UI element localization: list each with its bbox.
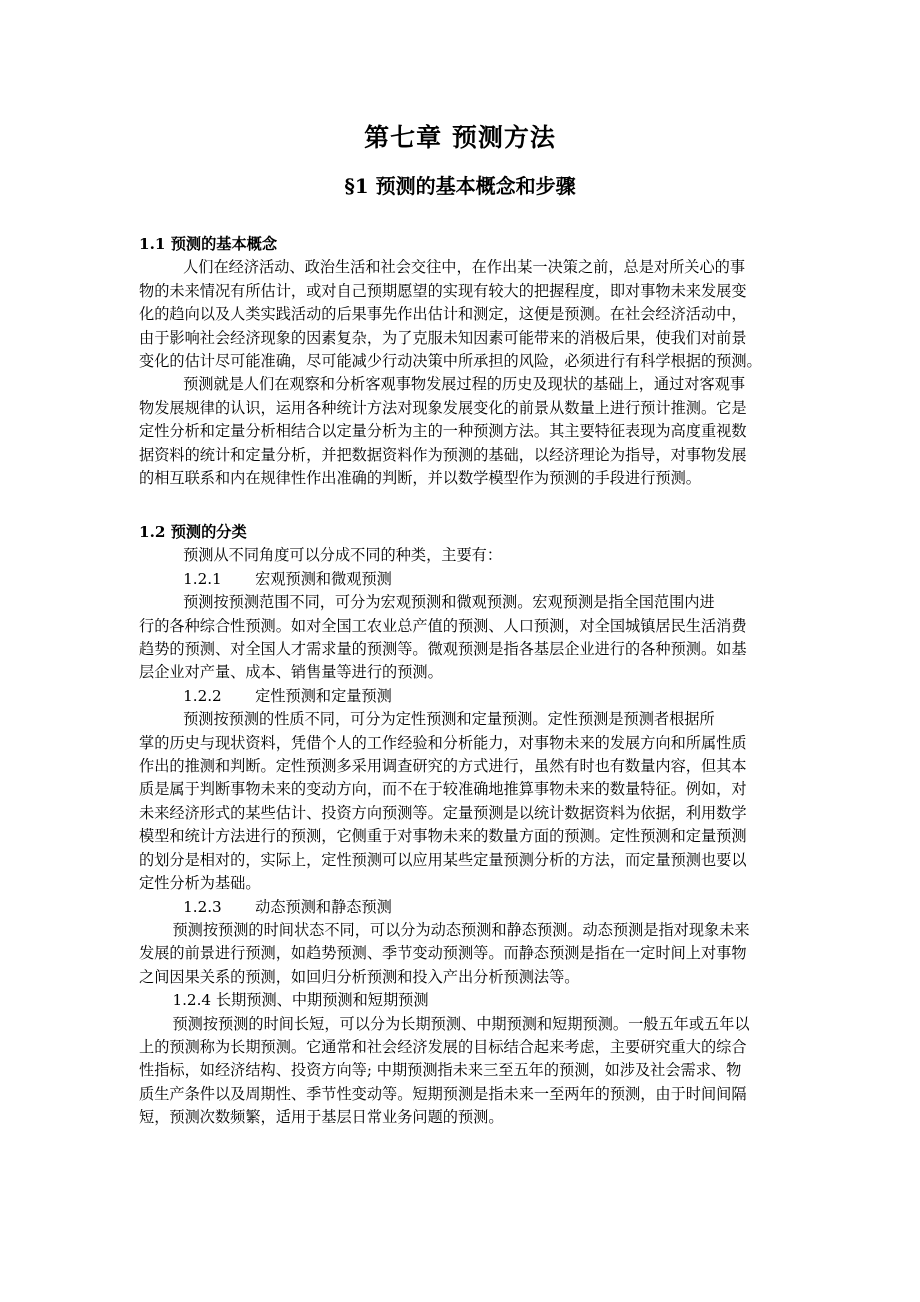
text-line: 预测按预测的时间状态不同，可以分为动态预测和静态预测。动态预测是指对现象未来 bbox=[139, 919, 783, 942]
intro-text: 预测从不同角度可以分成不同的种类，主要有： bbox=[139, 544, 783, 567]
text-line: 物发展规律的认识，运用各种统计方法对现象发展变化的前景从数量上进行预计推测。它是 bbox=[139, 397, 783, 420]
text-line: 趋势的预测、对全国人才需求量的预测等。微观预测是指各基层企业进行的各种预测。如基 bbox=[139, 638, 783, 661]
text-line: 预测按预测范围不同，可分为宏观预测和微观预测。宏观预测是指全国范围内进 bbox=[139, 591, 783, 614]
paragraph-2: 预测就是人们在观察和分析客观事物发展过程的历史及现状的基础上，通过对客观事 物发… bbox=[139, 373, 783, 490]
subheading-1-2-1: 1.2.1宏观预测和微观预测 bbox=[139, 568, 783, 591]
paragraph-1: 人们在经济活动、政治生活和社会交往中，在作出某一决策之前，总是对所关心的事 物的… bbox=[139, 256, 783, 373]
text-line: 模型和统计方法进行的预测，它侧重于对事物未来的数量方面的预测。定性预测和定量预测 bbox=[139, 825, 783, 848]
subheading-title: 宏观预测和微观预测 bbox=[255, 570, 392, 588]
heading-1-2: 1.2 预测的分类 bbox=[139, 521, 783, 544]
section-1-1: 1.1 预测的基本概念 人们在经济活动、政治生活和社会交往中，在作出某一决策之前… bbox=[139, 233, 783, 490]
text-line: 由于影响社会经济现象的因素复杂，为了克服未知因素可能带来的消极后果，使我们对前景 bbox=[139, 327, 783, 350]
text-line: 据资料的统计和定量分析，并把数据资料作为预测的基础，以经济理论为指导，对事物发展 bbox=[139, 444, 783, 467]
text-line: 化的趋向以及人类实践活动的后果事先作出估计和测定，这便是预测。在社会经济活动中， bbox=[139, 303, 783, 326]
text-line: 的相互联系和内在规律性作出准确的判断，并以数学模型作为预测的手段进行预测。 bbox=[139, 467, 783, 490]
subheading-number: 1.2.3 bbox=[183, 898, 222, 916]
subheading-1-2-2: 1.2.2定性预测和定量预测 bbox=[139, 685, 783, 708]
text-line: 预测按预测的时间长短，可以分为长期预测、中期预测和短期预测。一般五年或五年以 bbox=[139, 1013, 783, 1036]
text-line: 短，预测次数频繁，适用于基层日常业务问题的预测。 bbox=[139, 1106, 783, 1129]
text-line: 定性分析为基础。 bbox=[139, 872, 783, 895]
subheading-number: 1.2.2 bbox=[183, 687, 222, 705]
text-line: 掌的历史与现状资料，凭借个人的工作经验和分析能力，对事物未来的发展方向和所属性质 bbox=[139, 732, 783, 755]
text-line: 发展的前景进行预测，如趋势预测、季节变动预测等。而静态预测是指在一定时间上对事物 bbox=[139, 942, 783, 965]
subheading-title: 动态预测和静态预测 bbox=[255, 898, 392, 916]
chapter-title: 第七章 预测方法 bbox=[0, 118, 920, 154]
subheading-title: 定性预测和定量预测 bbox=[255, 687, 392, 705]
text-line: 人们在经济活动、政治生活和社会交往中，在作出某一决策之前，总是对所关心的事 bbox=[139, 256, 783, 279]
text-line: 的划分是相对的，实际上，定性预测可以应用某些定量预测分析的方法，而定量预测也要以 bbox=[139, 849, 783, 872]
text-line: 未来经济形式的某些估计、投资方向预测等。定量预测是以统计数据资料为依据，利用数学 bbox=[139, 802, 783, 825]
text-line: 上的预测称为长期预测。它通常和社会经济发展的目标结合起来考虑，主要研究重大的综合 bbox=[139, 1036, 783, 1059]
heading-1-1: 1.1 预测的基本概念 bbox=[139, 233, 783, 256]
text-line: 质生产条件以及周期性、季节性变动等。短期预测是指未来一至两年的预测，由于时间间隔 bbox=[139, 1083, 783, 1106]
text-line: 预测就是人们在观察和分析客观事物发展过程的历史及现状的基础上，通过对客观事 bbox=[139, 373, 783, 396]
subheading-number: 1.2.1 bbox=[183, 570, 222, 588]
section-title: §1 预测的基本概念和步骤 bbox=[0, 170, 920, 199]
subheading-1-2-3: 1.2.3动态预测和静态预测 bbox=[139, 896, 783, 919]
document-page: 第七章 预测方法 §1 预测的基本概念和步骤 1.1 预测的基本概念 人们在经济… bbox=[0, 0, 920, 1302]
text-line: 变化的估计尽可能准确，尽可能减少行动决策中所承担的风险，必须进行有科学根据的预测… bbox=[139, 350, 783, 373]
subheading-1-2-4: 1.2.4 长期预测、中期预测和短期预测 bbox=[139, 989, 783, 1012]
text-line: 作出的推测和判断。定性预测多采用调查研究的方式进行，虽然有时也有数量内容，但其本 bbox=[139, 755, 783, 778]
text-line: 质是属于判断事物未来的变动方向，而不在于较准确地推算事物未来的数量特征。例如，对 bbox=[139, 778, 783, 801]
text-line: 预测按预测的性质不同，可分为定性预测和定量预测。定性预测是预测者根据所 bbox=[139, 708, 783, 731]
text-line: 行的各种综合性预测。如对全国工农业总产值的预测、人口预测，对全国城镇居民生活消费 bbox=[139, 615, 783, 638]
text-line: 层企业对产量、成本、销售量等进行的预测。 bbox=[139, 661, 783, 684]
text-line: 性指标，如经济结构、投资方向等; 中期预测指未来三至五年的预测，如涉及社会需求、… bbox=[139, 1059, 783, 1082]
section-1-2: 1.2 预测的分类 预测从不同角度可以分成不同的种类，主要有： 1.2.1宏观预… bbox=[139, 521, 783, 1130]
text-line: 之间因果关系的预测，如回归分析预测和投入产出分析预测法等。 bbox=[139, 966, 783, 989]
text-line: 物的未来情况有所估计，或对自己预期愿望的实现有较大的把握程度，即对事物未来发展变 bbox=[139, 280, 783, 303]
text-line: 定性分析和定量分析相结合以定量分析为主的一种预测方法。其主要特征表现为高度重视数 bbox=[139, 420, 783, 443]
